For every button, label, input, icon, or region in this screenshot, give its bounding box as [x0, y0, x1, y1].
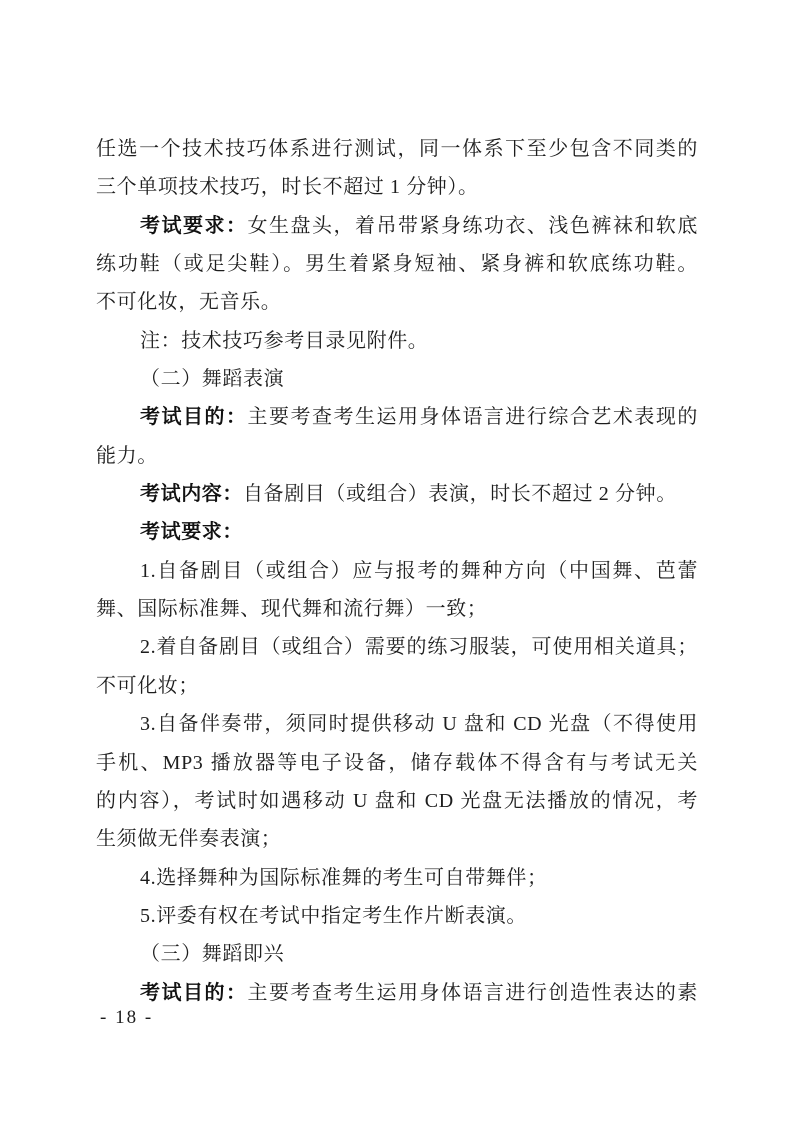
text-line: 能力。 — [96, 437, 698, 475]
text-line: 不可化妆； — [96, 667, 698, 705]
text-line: 任选一个技术技巧体系进行测试，同一体系下至少包含不同类的 — [96, 130, 698, 168]
line-text: 生须做无伴奏表演； — [96, 828, 281, 850]
text-line: 不可化妆，无音乐。 — [96, 283, 698, 321]
text-line: 1.自备剧目（或组合）应与报考的舞种方向（中国舞、芭蕾 — [96, 552, 698, 590]
line-text: （三）舞蹈即兴 — [140, 943, 284, 965]
line-text: 不可化妆，无音乐。 — [96, 291, 281, 313]
bold-label: 考试目的： — [140, 406, 247, 428]
text-line: 考试要求：女生盘头，着吊带紧身练功衣、浅色裤袜和软底 — [96, 207, 698, 245]
text-line: 练功鞋（或足尖鞋）。男生着紧身短袖、紧身裤和软底练功鞋。 — [96, 245, 698, 283]
text-line: （三）舞蹈即兴 — [96, 935, 698, 973]
line-text: 2.着自备剧目（或组合）需要的练习服装，可使用相关道具； — [140, 636, 698, 658]
text-line: 考试目的：主要考查考生运用身体语言进行创造性表达的素 — [96, 974, 698, 1012]
line-text: 练功鞋（或足尖鞋）。男生着紧身短袖、紧身裤和软底练功鞋。 — [96, 253, 698, 275]
line-text: 的内容），考试时如遇移动 U 盘和 CD 光盘无法播放的情况，考 — [96, 790, 698, 812]
text-line: 考试目的：主要考查考生运用身体语言进行综合艺术表现的 — [96, 398, 698, 436]
bold-label: 考试目的： — [140, 982, 247, 1004]
bold-label: 考试要求： — [140, 215, 247, 237]
line-text: 不可化妆； — [96, 675, 199, 697]
text-line: 4.选择舞种为国际标准舞的考生可自带舞伴； — [96, 859, 698, 897]
text-line: 生须做无伴奏表演； — [96, 820, 698, 858]
line-text: 4.选择舞种为国际标准舞的考生可自带舞伴； — [140, 867, 548, 889]
line-text: 三个单项技术技巧，时长不超过 1 分钟）。 — [96, 176, 479, 198]
line-text: 3.自备伴奏带，须同时提供移动 U 盘和 CD 光盘（不得使用 — [140, 713, 698, 735]
text-line: 3.自备伴奏带，须同时提供移动 U 盘和 CD 光盘（不得使用 — [96, 705, 698, 743]
line-text: 主要考查考生运用身体语言进行综合艺术表现的 — [247, 406, 698, 428]
line-text: 自备剧目（或组合）表演，时长不超过 2 分钟。 — [243, 483, 677, 505]
line-text: （二）舞蹈表演 — [140, 368, 284, 390]
bold-label: 考试要求： — [140, 521, 243, 543]
text-line: 的内容），考试时如遇移动 U 盘和 CD 光盘无法播放的情况，考 — [96, 782, 698, 820]
text-line: 手机、MP3 播放器等电子设备，储存载体不得含有与考试无关 — [96, 744, 698, 782]
document-page: 任选一个技术技巧体系进行测试，同一体系下至少包含不同类的 三个单项技术技巧，时长… — [0, 0, 794, 1123]
text-line: 三个单项技术技巧，时长不超过 1 分钟）。 — [96, 168, 698, 206]
text-column: 任选一个技术技巧体系进行测试，同一体系下至少包含不同类的 三个单项技术技巧，时长… — [96, 130, 698, 1012]
text-line: 考试内容：自备剧目（或组合）表演，时长不超过 2 分钟。 — [96, 475, 698, 513]
line-text: 女生盘头，着吊带紧身练功衣、浅色裤袜和软底 — [247, 215, 698, 237]
line-text: 主要考查考生运用身体语言进行创造性表达的素 — [247, 982, 698, 1004]
line-text: 能力。 — [96, 445, 158, 467]
page-number: - 18 - — [100, 1006, 153, 1030]
line-text: 任选一个技术技巧体系进行测试，同一体系下至少包含不同类的 — [96, 138, 698, 160]
text-line: 舞、国际标准舞、现代舞和流行舞）一致； — [96, 590, 698, 628]
line-text: 1.自备剧目（或组合）应与报考的舞种方向（中国舞、芭蕾 — [140, 560, 698, 582]
bold-label: 考试内容： — [140, 483, 243, 505]
text-line: 考试要求： — [96, 513, 698, 551]
text-line: 2.着自备剧目（或组合）需要的练习服装，可使用相关道具； — [96, 628, 698, 666]
line-text: 注：技术技巧参考目录见附件。 — [140, 330, 428, 352]
text-line: 注：技术技巧参考目录见附件。 — [96, 322, 698, 360]
text-line: （二）舞蹈表演 — [96, 360, 698, 398]
line-text: 舞、国际标准舞、现代舞和流行舞）一致； — [96, 598, 487, 620]
text-line: 5.评委有权在考试中指定考生作片断表演。 — [96, 897, 698, 935]
line-text: 5.评委有权在考试中指定考生作片断表演。 — [140, 905, 527, 927]
line-text: 手机、MP3 播放器等电子设备，储存载体不得含有与考试无关 — [96, 752, 698, 774]
